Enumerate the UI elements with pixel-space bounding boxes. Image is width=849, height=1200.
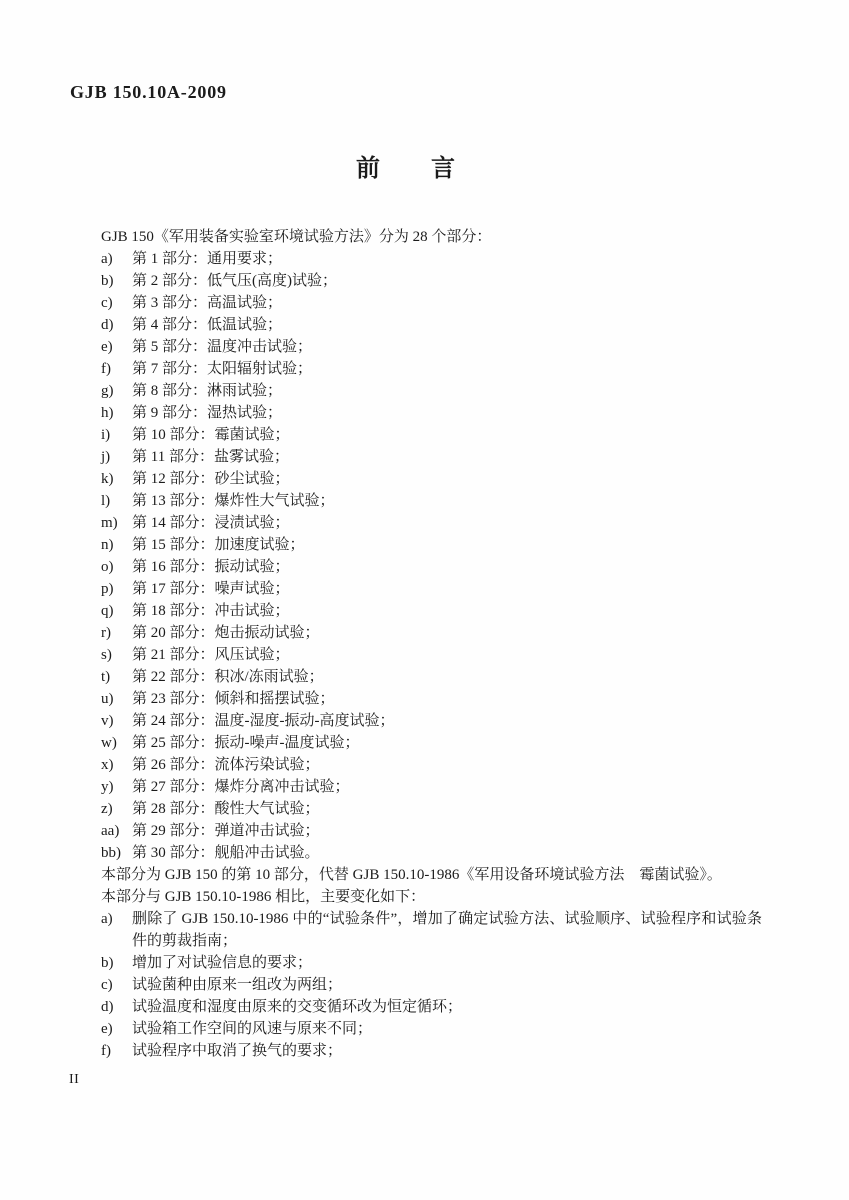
list-item: j) 第 11 部分：盐雾试验； xyxy=(101,446,762,468)
list-item: b) 第 2 部分：低气压(高度)试验； xyxy=(101,270,762,292)
item-label: h) xyxy=(101,402,132,424)
item-text: 第 14 部分：浸渍试验； xyxy=(132,512,762,534)
item-label: n) xyxy=(101,534,132,556)
item-label: s) xyxy=(101,644,132,666)
list-item: aa) 第 29 部分：弹道冲击试验； xyxy=(101,820,762,842)
item-label: j) xyxy=(101,446,132,468)
item-text: 第 2 部分：低气压(高度)试验； xyxy=(132,270,762,292)
intro-paragraph: GJB 150《军用装备实验室环境试验方法》分为 28 个部分： xyxy=(101,226,762,248)
item-label: p) xyxy=(101,578,132,600)
list-item: u) 第 23 部分：倾斜和摇摆试验； xyxy=(101,688,762,710)
item-label: b) xyxy=(101,952,132,974)
item-text: 第 15 部分：加速度试验； xyxy=(132,534,762,556)
list-item: c) 试验菌种由原来一组改为两组； xyxy=(101,974,762,996)
item-label: o) xyxy=(101,556,132,578)
item-text: 第 18 部分：冲击试验； xyxy=(132,600,762,622)
list-item: f) 试验程序中取消了换气的要求； xyxy=(101,1040,762,1062)
item-label: d) xyxy=(101,314,132,336)
list-item: w) 第 25 部分：振动-噪声-温度试验； xyxy=(101,732,762,754)
item-label: t) xyxy=(101,666,132,688)
item-label: v) xyxy=(101,710,132,732)
item-text: 试验箱工作空间的风速与原来不同； xyxy=(132,1018,762,1040)
item-label: q) xyxy=(101,600,132,622)
item-text: 第 9 部分：湿热试验； xyxy=(132,402,762,424)
page-title: 前 言 xyxy=(0,148,812,183)
item-label: c) xyxy=(101,974,132,996)
item-text: 第 3 部分：高温试验； xyxy=(132,292,762,314)
list-item: l) 第 13 部分：爆炸性大气试验； xyxy=(101,490,762,512)
item-text: 第 17 部分：噪声试验； xyxy=(132,578,762,600)
changes-list: a) 删除了 GJB 150.10-1986 中的“试验条件”，增加了确定试验方… xyxy=(101,908,762,1062)
item-label: e) xyxy=(101,1018,132,1040)
list-item: f) 第 7 部分：太阳辐射试验； xyxy=(101,358,762,380)
item-text: 第 8 部分：淋雨试验； xyxy=(132,380,762,402)
item-text: 第 30 部分：舰船冲击试验。 xyxy=(132,842,762,864)
item-text: 删除了 GJB 150.10-1986 中的“试验条件”，增加了确定试验方法、试… xyxy=(132,908,762,952)
item-label: g) xyxy=(101,380,132,402)
list-item: e) 试验箱工作空间的风速与原来不同； xyxy=(101,1018,762,1040)
list-item: a) 第 1 部分：通用要求； xyxy=(101,248,762,270)
list-item: g) 第 8 部分：淋雨试验； xyxy=(101,380,762,402)
list-item: b) 增加了对试验信息的要求； xyxy=(101,952,762,974)
list-item: t) 第 22 部分：积冰/冻雨试验； xyxy=(101,666,762,688)
item-text: 第 28 部分：酸性大气试验； xyxy=(132,798,762,820)
item-label: aa) xyxy=(101,820,132,842)
item-label: f) xyxy=(101,358,132,380)
item-text: 第 22 部分：积冰/冻雨试验； xyxy=(132,666,762,688)
list-item: n) 第 15 部分：加速度试验； xyxy=(101,534,762,556)
item-text: 第 11 部分：盐雾试验； xyxy=(132,446,762,468)
item-text: 第 10 部分：霉菌试验； xyxy=(132,424,762,446)
item-label: w) xyxy=(101,732,132,754)
item-label: z) xyxy=(101,798,132,820)
item-text: 第 27 部分：爆炸分离冲击试验； xyxy=(132,776,762,798)
item-text: 第 4 部分：低温试验； xyxy=(132,314,762,336)
changes-intro-paragraph: 本部分与 GJB 150.10-1986 相比，主要变化如下： xyxy=(101,886,762,908)
item-text: 试验程序中取消了换气的要求； xyxy=(132,1040,762,1062)
item-text: 第 26 部分：流体污染试验； xyxy=(132,754,762,776)
item-text: 第 16 部分：振动试验； xyxy=(132,556,762,578)
item-text: 增加了对试验信息的要求； xyxy=(132,952,762,974)
item-text: 第 1 部分：通用要求； xyxy=(132,248,762,270)
item-label: e) xyxy=(101,336,132,358)
item-text: 第 7 部分：太阳辐射试验； xyxy=(132,358,762,380)
body: GJB 150《军用装备实验室环境试验方法》分为 28 个部分： a) 第 1 … xyxy=(101,226,762,1062)
item-text: 第 25 部分：振动-噪声-温度试验； xyxy=(132,732,762,754)
item-label: r) xyxy=(101,622,132,644)
list-item: s) 第 21 部分：风压试验； xyxy=(101,644,762,666)
list-item: d) 试验温度和湿度由原来的交变循环改为恒定循环； xyxy=(101,996,762,1018)
item-text: 第 21 部分：风压试验； xyxy=(132,644,762,666)
item-label: k) xyxy=(101,468,132,490)
item-text: 第 24 部分：温度-湿度-振动-高度试验； xyxy=(132,710,762,732)
list-item: d) 第 4 部分：低温试验； xyxy=(101,314,762,336)
item-label: c) xyxy=(101,292,132,314)
list-item: y) 第 27 部分：爆炸分离冲击试验； xyxy=(101,776,762,798)
list-item: v) 第 24 部分：温度-湿度-振动-高度试验； xyxy=(101,710,762,732)
list-item: k) 第 12 部分：砂尘试验； xyxy=(101,468,762,490)
list-item: x) 第 26 部分：流体污染试验； xyxy=(101,754,762,776)
list-item: h) 第 9 部分：湿热试验； xyxy=(101,402,762,424)
item-label: b) xyxy=(101,270,132,292)
item-label: a) xyxy=(101,908,132,930)
list-item: q) 第 18 部分：冲击试验； xyxy=(101,600,762,622)
list-item: i) 第 10 部分：霉菌试验； xyxy=(101,424,762,446)
item-text: 第 12 部分：砂尘试验； xyxy=(132,468,762,490)
list-item: r) 第 20 部分：炮击振动试验； xyxy=(101,622,762,644)
parts-list: a) 第 1 部分：通用要求； b) 第 2 部分：低气压(高度)试验； c) … xyxy=(101,248,762,864)
item-label: i) xyxy=(101,424,132,446)
list-item: a) 删除了 GJB 150.10-1986 中的“试验条件”，增加了确定试验方… xyxy=(101,908,762,952)
item-text: 第 23 部分：倾斜和摇摆试验； xyxy=(132,688,762,710)
list-item: p) 第 17 部分：噪声试验； xyxy=(101,578,762,600)
item-label: d) xyxy=(101,996,132,1018)
list-item: m) 第 14 部分：浸渍试验； xyxy=(101,512,762,534)
item-label: y) xyxy=(101,776,132,798)
item-text: 第 20 部分：炮击振动试验； xyxy=(132,622,762,644)
item-label: a) xyxy=(101,248,132,270)
item-label: x) xyxy=(101,754,132,776)
item-text: 第 5 部分：温度冲击试验； xyxy=(132,336,762,358)
item-text: 第 29 部分：弹道冲击试验； xyxy=(132,820,762,842)
item-label: bb) xyxy=(101,842,132,864)
list-item: o) 第 16 部分：振动试验； xyxy=(101,556,762,578)
list-item: z) 第 28 部分：酸性大气试验； xyxy=(101,798,762,820)
item-label: l) xyxy=(101,490,132,512)
list-item: e) 第 5 部分：温度冲击试验； xyxy=(101,336,762,358)
list-item: c) 第 3 部分：高温试验； xyxy=(101,292,762,314)
document-page: GJB 150.10A-2009 前 言 GJB 150《军用装备实验室环境试验… xyxy=(0,0,849,1200)
item-label: m) xyxy=(101,512,132,534)
item-label: f) xyxy=(101,1040,132,1062)
item-label: u) xyxy=(101,688,132,710)
item-text: 第 13 部分：爆炸性大气试验； xyxy=(132,490,762,512)
standard-number: GJB 150.10A-2009 xyxy=(70,82,227,103)
page-number: II xyxy=(69,1072,79,1088)
item-text: 试验菌种由原来一组改为两组； xyxy=(132,974,762,996)
list-item: bb) 第 30 部分：舰船冲击试验。 xyxy=(101,842,762,864)
item-text: 试验温度和湿度由原来的交变循环改为恒定循环； xyxy=(132,996,762,1018)
replacement-paragraph: 本部分为 GJB 150 的第 10 部分，代替 GJB 150.10-1986… xyxy=(101,864,762,886)
